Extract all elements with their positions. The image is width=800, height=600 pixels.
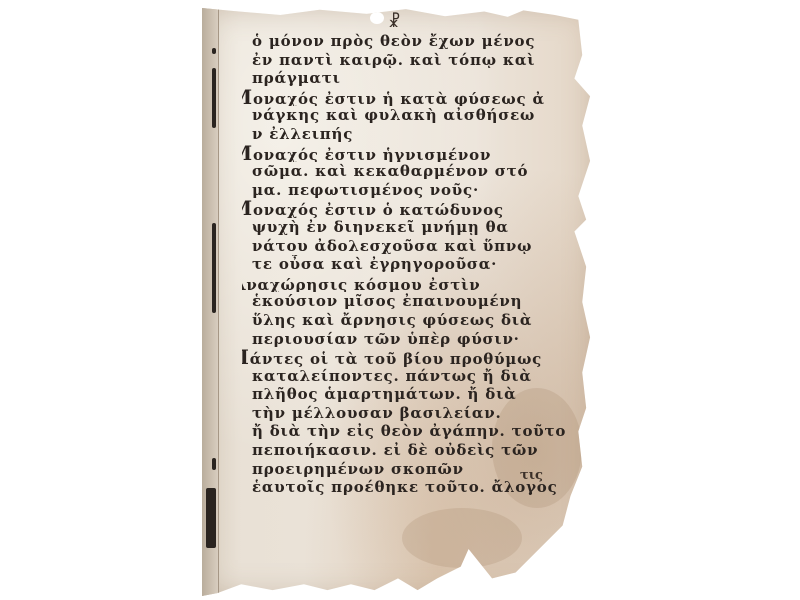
text-line: Μοναχός ἐστιν ἡ κατὰ φύσεως ἀ — [242, 88, 582, 107]
parchment-hole — [370, 12, 384, 24]
text-line: ἤ διὰ τὴν εἰς θεὸν ἀγάπην. τοῦτο — [242, 422, 582, 441]
text-line: τε οὖσα καὶ ἐγρηγοροῦσα· — [242, 255, 582, 274]
text-line: Μοναχός ἐστιν ἡγνισμένον — [242, 144, 582, 163]
binding-tear — [206, 488, 216, 548]
text-line: Πάντες οἱ τὰ τοῦ βίου προθύμως — [242, 348, 582, 367]
text-line: πράγματι — [242, 69, 582, 88]
text-line: νάγκης καὶ φυλακὴ αἰσθήσεω — [242, 106, 582, 125]
text-line: σῶμα. καὶ κεκαθαρμένον στό — [242, 162, 582, 181]
text-line: καταλείποντες. πάντως ἤ διὰ — [242, 367, 582, 386]
text-line: νάτου ἀδολεσχοῦσα καὶ ὕπνῳ — [242, 237, 582, 256]
manuscript-text: ὁ μόνον πρὸς θεὸν ἔχων μένος ἐν παντὶ κα… — [242, 32, 582, 497]
manuscript-leaf: ☧ ὁ μόνον πρὸς θεὸν ἔχων μένος ἐν παντὶ … — [202, 8, 594, 596]
text-line: τὴν μέλλουσαν βασιλείαν. — [242, 404, 582, 423]
text-line: ὕλης καὶ ἄρνησις φύσεως διὰ — [242, 311, 582, 330]
trailing-word: τις — [520, 468, 543, 483]
text-line: Αναχώρησις κόσμου ἐστὶν — [242, 274, 582, 293]
water-stain — [402, 508, 522, 568]
initial-letter: Μ — [242, 199, 253, 218]
text-line: περιουσίαν τῶν ὑπὲρ φύσιν· — [242, 330, 582, 349]
text-line: ἐν παντὶ καιρῷ. καὶ τόπῳ καὶ — [242, 51, 582, 70]
text-line: μα. πεφωτισμένος νοῦς· — [242, 181, 582, 200]
text-line: ἑκούσιον μῖσος ἐπαινουμένη — [242, 292, 582, 311]
initial-letter: Μ — [242, 88, 253, 107]
binding-thread — [212, 48, 216, 54]
initial-letter: Π — [242, 348, 250, 367]
text-line: Μοναχός ἐστιν ὁ κατώδυνος — [242, 199, 582, 218]
text-line: ν ἐλλειπής — [242, 125, 582, 144]
text-line: πλῆθος ἁμαρτημάτων. ἤ διὰ — [242, 385, 582, 404]
binding-thread — [212, 68, 216, 128]
text-line: ὁ μόνον πρὸς θεὸν ἔχων μένος — [242, 32, 582, 51]
binding-thread — [212, 223, 216, 313]
text-line: πεποιήκασιν. εἰ δὲ οὐδεὶς τῶν — [242, 441, 582, 460]
binding-thread — [212, 458, 216, 470]
initial-letter: Μ — [242, 144, 253, 163]
text-line: ψυχὴ ἐν διηνεκεῖ μνήμῃ θα — [242, 218, 582, 237]
chi-rho-mark: ☧ — [388, 12, 401, 31]
